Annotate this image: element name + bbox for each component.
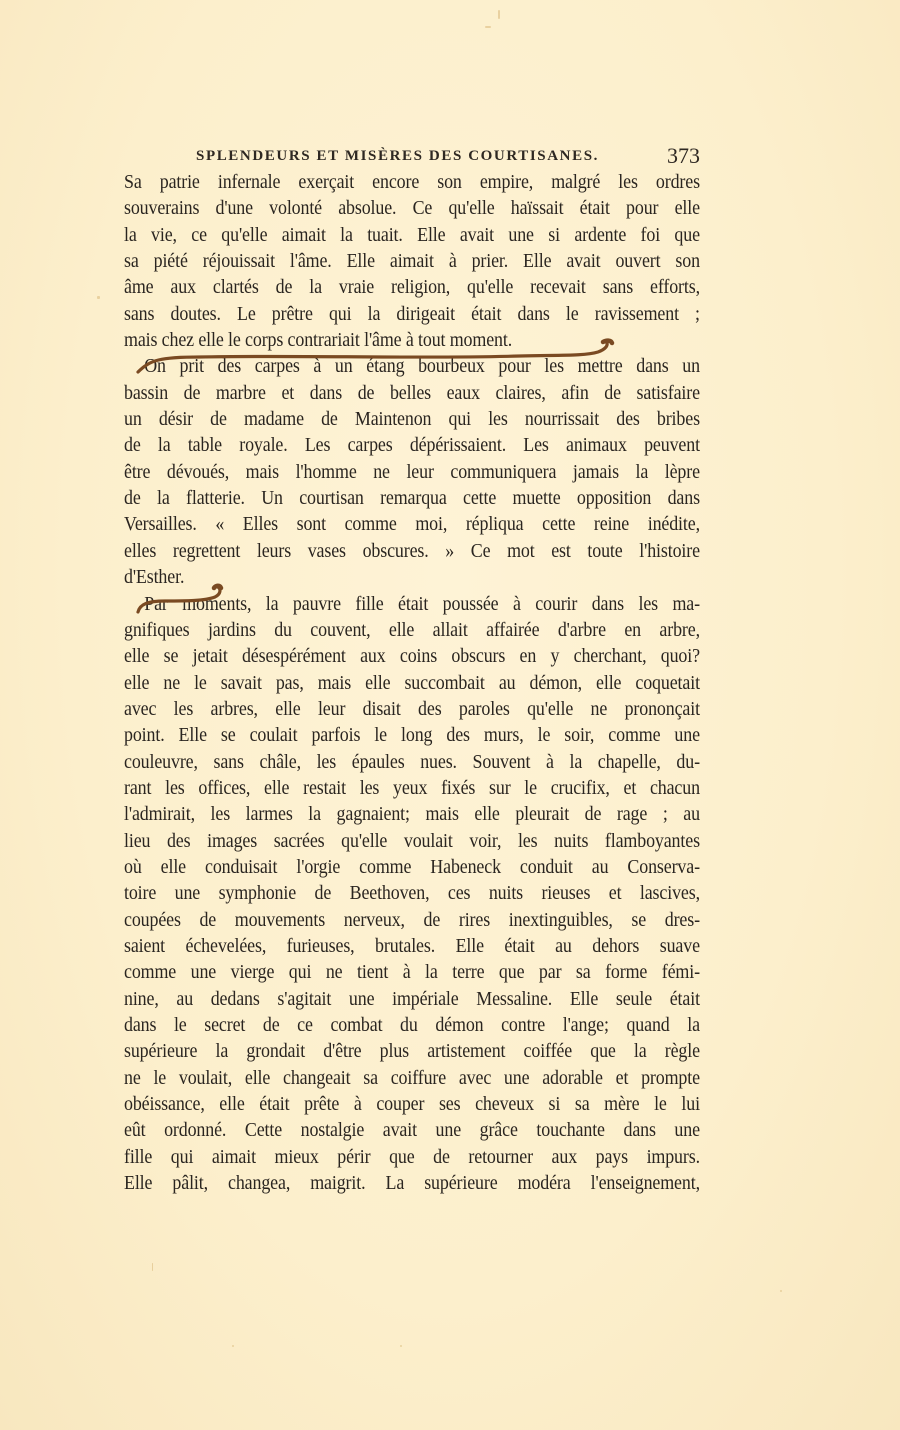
text-line: Elle pâlit, changea, maigrit. La supérie… bbox=[124, 1171, 700, 1197]
text-line: souverains d'une volonté absolue. Ce qu'… bbox=[124, 196, 700, 222]
text-line: supérieure la grondait d'être plus artis… bbox=[124, 1039, 700, 1065]
text-line: d'Esther. bbox=[124, 565, 700, 591]
text-line: fille qui aimait mieux périr que de reto… bbox=[124, 1145, 700, 1171]
running-title: SPLENDEURS ET MISÈRES DES COURTISANES. bbox=[196, 148, 599, 165]
text-line: sa piété réjouissait l'âme. Elle aimait … bbox=[124, 249, 700, 275]
paper-speck bbox=[485, 26, 491, 28]
text-line: la vie, ce qu'elle aimait la tuait. Elle… bbox=[124, 223, 700, 249]
text-line: de la table royale. Les carpes dépérissa… bbox=[124, 433, 700, 459]
text-line: dans le secret de ce combat du démon con… bbox=[124, 1013, 700, 1039]
paper-speck bbox=[780, 1290, 782, 1292]
text-line: avec les arbres, elle leur disait des pa… bbox=[124, 697, 700, 723]
text-line: ne le voulait, elle changeait sa coiffur… bbox=[124, 1066, 700, 1092]
text-line: saient échevelées, furieuses, brutales. … bbox=[124, 934, 700, 960]
text-line: mais chez elle le corps contrariait l'âm… bbox=[124, 328, 700, 354]
text-line: comme une vierge qui ne tient à la terre… bbox=[124, 960, 700, 986]
text-line: bassin de marbre et dans de belles eaux … bbox=[124, 381, 700, 407]
text-line: nine, au dedans s'agitait une impériale … bbox=[124, 987, 700, 1013]
text-line: toire une symphonie de Beethoven, ces nu… bbox=[124, 881, 700, 907]
paragraph-start-line: On prit des carpes à un étang bourbeux p… bbox=[124, 354, 700, 380]
text-line: elle se jetait désespérément aux coins o… bbox=[124, 644, 700, 670]
text-line: elles regrettent leurs vases obscures. »… bbox=[124, 539, 700, 565]
scanned-page: SPLENDEURS ET MISÈRES DES COURTISANES. 3… bbox=[0, 0, 900, 1430]
text-line: Versailles. « Elles sont comme moi, répl… bbox=[124, 512, 700, 538]
text-line: sans doutes. Le prêtre qui la dirigeait … bbox=[124, 302, 700, 328]
paper-speck bbox=[232, 1345, 234, 1347]
paper-speck bbox=[498, 10, 500, 19]
text-line: rant les offices, elle restait les yeux … bbox=[124, 776, 700, 802]
text-line: où elle conduisait l'orgie comme Habenec… bbox=[124, 855, 700, 881]
text-line: obéissance, elle était prête à couper se… bbox=[124, 1092, 700, 1118]
page-number: 373 bbox=[667, 143, 700, 169]
text-line: eût ordonné. Cette nostalgie avait une g… bbox=[124, 1118, 700, 1144]
text-line: être dévoués, mais l'homme ne leur commu… bbox=[124, 460, 700, 486]
text-line: couleuvre, sans châle, les épaules nues.… bbox=[124, 750, 700, 776]
running-header: SPLENDEURS ET MISÈRES DES COURTISANES. 3… bbox=[196, 144, 700, 168]
paper-speck bbox=[400, 1345, 402, 1347]
text-line: Sa patrie infernale exerçait encore son … bbox=[124, 170, 700, 196]
text-line: l'admirait, les larmes la gagnaient; mai… bbox=[124, 802, 700, 828]
paper-speck bbox=[152, 1263, 153, 1271]
text-line: de la flatterie. Un courtisan remarqua c… bbox=[124, 486, 700, 512]
text-line: lieu des images sacrées qu'elle voulait … bbox=[124, 829, 700, 855]
text-line: elle ne le savait pas, mais elle succomb… bbox=[124, 671, 700, 697]
text-line: point. Elle se coulait parfois le long d… bbox=[124, 723, 700, 749]
text-line: gnifiques jardins du couvent, elle allai… bbox=[124, 618, 700, 644]
body-text: Sa patrie infernale exerçait encore son … bbox=[124, 170, 700, 1197]
paper-speck bbox=[97, 296, 100, 299]
paragraph-start-line: Par moments, la pauvre fille était pouss… bbox=[124, 592, 700, 618]
text-line: un désir de madame de Maintenon qui les … bbox=[124, 407, 700, 433]
text-line: âme aux clartés de la vraie religion, qu… bbox=[124, 275, 700, 301]
text-line: coupées de mouvements nerveux, de rires … bbox=[124, 908, 700, 934]
